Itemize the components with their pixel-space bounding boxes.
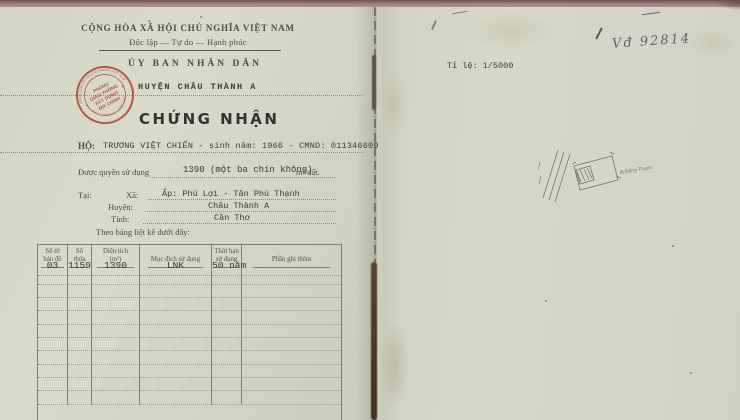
- empty-table-cell: [140, 298, 212, 311]
- issuer-district: HUYỆN CHÂU THÀNH A: [138, 82, 257, 92]
- empty-table-cell: [68, 311, 92, 324]
- empty-table-cell: [212, 272, 242, 285]
- scanned-land-certificate: CỘNG HÒA XÃ HỘI CHỦ NGHĨA VIỆT NAM Độc l…: [0, 0, 740, 420]
- empty-table-cell: [140, 325, 212, 338]
- motto-underline: [99, 50, 281, 51]
- sketch-road-label: đi Đông Thạnh: [619, 165, 652, 176]
- empty-table-cell: [140, 351, 212, 364]
- grant-label: Được quyền sử dụng: [78, 167, 149, 177]
- svg-text:★: ★: [120, 83, 126, 89]
- location-xa-value: Ấp: Phú Lợi - Tân Phú Thạnh: [162, 189, 300, 199]
- empty-table-cell: [92, 365, 140, 378]
- empty-table-cell: [38, 338, 68, 351]
- empty-table-cell: [38, 298, 68, 311]
- map-scale: Tỉ lệ: 1/5000: [447, 61, 513, 71]
- speck: [690, 372, 692, 374]
- empty-table-cell: [242, 311, 341, 324]
- empty-table-cell: [92, 285, 140, 298]
- location-xa-label: Xã:: [126, 190, 138, 200]
- empty-table-cell: [212, 285, 242, 298]
- dotted-line-tinh: [143, 223, 336, 224]
- empty-table-cell: [68, 285, 92, 298]
- speck: [545, 300, 547, 302]
- empty-table-cell: [242, 325, 341, 338]
- paper-stain: [690, 28, 736, 58]
- location-tinh-value: Cần Thơ: [214, 213, 250, 223]
- empty-table-cell: [242, 365, 341, 378]
- empty-table-cell: [68, 351, 92, 364]
- empty-table-cell: [140, 285, 212, 298]
- spine-stain-lower: [371, 262, 377, 420]
- spine-stain-upper: [372, 55, 376, 110]
- empty-table-cell: [38, 378, 68, 391]
- location-huyen-value: Châu Thành A: [208, 201, 269, 211]
- empty-table-cell: [242, 378, 341, 391]
- hand-drawn-plot-sketch: đi Đông Thạnh: [538, 142, 658, 210]
- paper-stain: [380, 320, 410, 410]
- empty-table-cell: [68, 338, 92, 351]
- dotted-line-holder: [0, 152, 364, 153]
- empty-table-cell: [38, 325, 68, 338]
- speck: [148, 20, 150, 22]
- location-tinh-label: Tỉnh:: [111, 214, 129, 224]
- empty-table-cell: [92, 298, 140, 311]
- empty-table-cell: [242, 391, 341, 404]
- empty-table-cell: [92, 325, 140, 338]
- paper-stain: [465, 12, 555, 50]
- empty-table-cell: [68, 325, 92, 338]
- empty-table-cell: [140, 378, 212, 391]
- empty-table-cell: [212, 351, 242, 364]
- empty-table-cell: [242, 272, 341, 285]
- speck: [200, 16, 202, 18]
- empty-table-cell: [92, 378, 140, 391]
- paper-stain: [381, 70, 407, 140]
- empty-table-cell: [68, 391, 92, 404]
- empty-table-cell: [140, 311, 212, 324]
- empty-table-cell: [140, 365, 212, 378]
- empty-table-cell: [212, 378, 242, 391]
- grant-suffix: m² đất.: [296, 167, 320, 177]
- empty-table-cell: [212, 365, 242, 378]
- speck: [672, 245, 674, 247]
- location-tai-label: Tại:: [78, 190, 92, 200]
- empty-table-cell: [68, 378, 92, 391]
- red-office-stamp: CỘNG HÒA XÃ HỘI CHỦ NGHĨA VIỆT NAM CHÂU …: [73, 62, 137, 128]
- grant-area-value: 1390 (một ba chín không): [183, 165, 313, 175]
- table-intro: Theo bảng liệt kê dưới đây:: [96, 227, 190, 237]
- empty-table-cell: [242, 351, 341, 364]
- land-table: Số tờbản đồ Sốthửa Diện tích(m²) Mục đíc…: [37, 244, 342, 420]
- empty-table-cell: [38, 311, 68, 324]
- empty-table-cell: [38, 351, 68, 364]
- empty-table-cell: [38, 365, 68, 378]
- certificate-title: CHỨNG NHẬN: [139, 110, 279, 128]
- empty-table-cell: [242, 298, 341, 311]
- empty-table-cell: [38, 391, 68, 404]
- empty-table-cell: [212, 325, 242, 338]
- empty-table-cell: [140, 338, 212, 351]
- location-huyen-label: Huyện:: [108, 202, 133, 212]
- empty-table-cell: [242, 338, 341, 351]
- photo-corner-shadow: [714, 0, 740, 10]
- empty-table-cell: [68, 272, 92, 285]
- empty-table-cell: [38, 285, 68, 298]
- national-motto-line1: CỘNG HÒA XÃ HỘI CHỦ NGHĨA VIỆT NAM: [20, 23, 356, 33]
- right-page: [378, 7, 740, 420]
- empty-table-cell: [92, 311, 140, 324]
- empty-table-cell: [38, 272, 68, 285]
- empty-table-cell: [92, 391, 140, 404]
- empty-table-cell: [242, 285, 341, 298]
- svg-text:★: ★: [84, 102, 90, 108]
- empty-table-cell: [68, 298, 92, 311]
- holder-name-line: TRƯƠNG VIỆT CHIẾN - sinh năm: 1966 - CMN…: [103, 141, 379, 151]
- empty-table-cell: [212, 311, 242, 324]
- empty-table-cell: [212, 338, 242, 351]
- dotted-line-grant: [150, 177, 335, 178]
- dotted-line-issuer: [0, 95, 362, 96]
- dotted-line-huyen: [145, 211, 336, 212]
- national-motto-line2: Độc lập — Tự do — Hạnh phúc: [20, 37, 356, 47]
- photo-top-border: [0, 0, 740, 7]
- empty-table-cell: [212, 391, 242, 404]
- holder-label: HỘ:: [78, 141, 95, 151]
- empty-table-cell: [140, 272, 212, 285]
- empty-table-cell: [68, 365, 92, 378]
- empty-table-cell: [92, 272, 140, 285]
- dotted-line-xa: [148, 199, 336, 200]
- empty-table-cell: [92, 338, 140, 351]
- empty-table-cell: [140, 391, 212, 404]
- empty-table-cell: [212, 298, 242, 311]
- empty-table-cell: [92, 351, 140, 364]
